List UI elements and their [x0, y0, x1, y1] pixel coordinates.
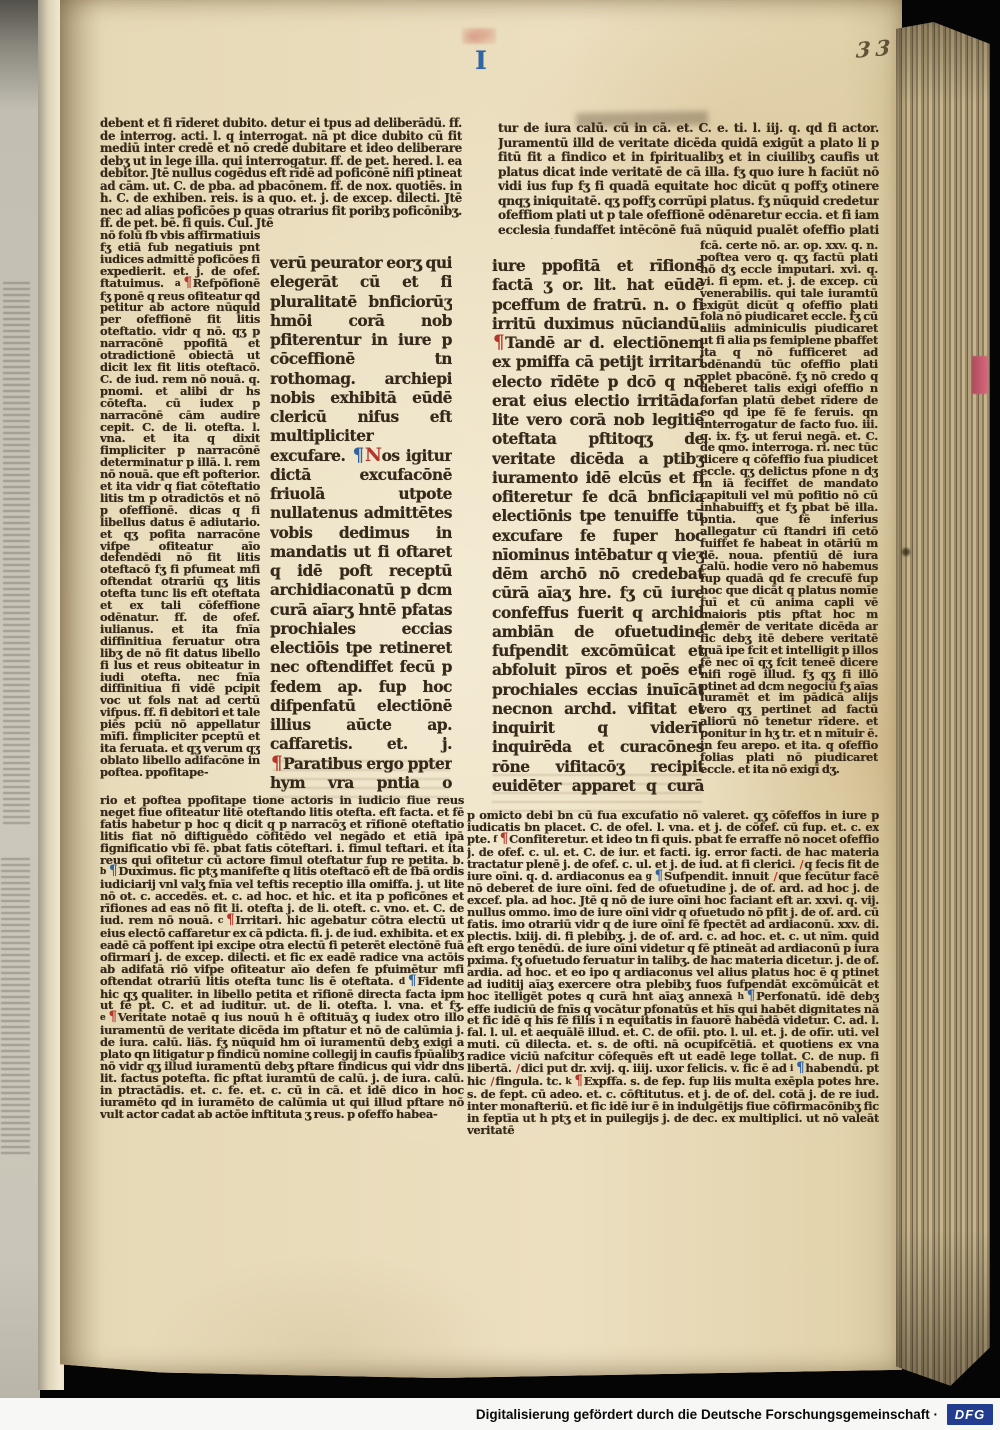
gothic-text: dici put dr. xvij. q. iiij. uxor felicis…: [521, 1061, 790, 1075]
gothic-text: Sufpendit. innuit: [664, 869, 772, 883]
red-ink-ghost-mark: [462, 28, 496, 44]
gloss-key-letter: g: [646, 872, 652, 882]
pilcrow-red: ¶: [492, 332, 505, 353]
dfg-logo: DFG: [947, 1404, 993, 1425]
gothic-text: tur de iura calū. cū in cā. et. C. e. ti…: [498, 121, 879, 239]
gothic-text: rio et poftea ppofitape tione actoris in…: [100, 795, 464, 867]
gloss-key-letter: c: [218, 916, 223, 926]
gothic-text: os igitur dictā excufacōnē friuolā utpot…: [270, 446, 452, 754]
text-block-bottom-left: rio et poftea ppofitape tione actoris in…: [100, 795, 464, 1129]
text-column-left: nō folū fb vbis affirmatiuis fʒ etiā fub…: [100, 230, 260, 808]
gothic-text: debent et fi rīderet dubito. detur ei tp…: [100, 117, 462, 230]
gothic-text: fcā. certe nō. ar. op. xxv. q. n. poftea…: [700, 240, 878, 776]
gloss-key-letter: i: [790, 1064, 793, 1074]
text-block-top-right: tur de iura calū. cū in cā. et. C. e. ti…: [498, 121, 879, 239]
scanned-book-viewer: { "page": { "folio_number": "33", "quire…: [0, 0, 1000, 1430]
facing-page-edge: [0, 0, 40, 1398]
gloss-key-letter: h: [738, 992, 744, 1002]
footer-credit-text: Digitalisierung gefördert durch die Deut…: [476, 1407, 938, 1422]
gloss-key-letter: b: [100, 867, 106, 877]
gloss-key-letter: a: [175, 279, 181, 289]
gloss-key-letter: d: [399, 977, 405, 987]
gothic-text: Veritate notaē q ius nouū h ē oftituāʒ q…: [100, 1010, 464, 1120]
gloss-key-letter: k: [565, 1077, 571, 1087]
pilcrow-red: ¶: [270, 753, 283, 774]
edge-stain: [902, 548, 910, 556]
main-text-column-1: verū peurator eorʒ qui elegerāt cū et fi…: [270, 253, 452, 793]
gothic-text: Refpōfionē fʒ ponē q reus ofiteatur qd p…: [100, 276, 260, 779]
text-block-bottom-right: p omicto debi bn cū fua excufatio nō val…: [467, 810, 879, 1142]
gloss-key-letter: e: [100, 1013, 105, 1023]
bookmark-tab: [972, 356, 988, 394]
facing-page-text-showthrough: [1, 858, 30, 1158]
digitization-footer: Digitalisierung gefördert durch die Deut…: [0, 1398, 1000, 1430]
gloss-key-letter: f: [493, 835, 497, 845]
gothic-text: verū peurator eorʒ qui elegerāt cū et fi…: [270, 253, 452, 465]
folio-number: 33: [855, 34, 895, 63]
gothic-text: fingula. tc.: [495, 1074, 565, 1088]
pilcrow-blue: ¶: [352, 445, 365, 466]
gothic-text: Tandē ar d. electiōnem ex pmiffa cā peti…: [492, 333, 704, 796]
rubricated-initial: N: [365, 444, 382, 466]
gothic-text: iure ppofitā et rīfionē factā ʒ or. lit.…: [492, 256, 704, 333]
fore-edge-page-stack: [896, 22, 990, 1394]
text-block-top-left: debent et fi rīderet dubito. detur ei tp…: [100, 117, 462, 231]
gothic-text: Paratibus ergo ppter hym vra pntia o fti…: [270, 754, 452, 794]
main-text-column-2: iure ppofitā et rīfionē factā ʒ or. lit.…: [492, 256, 704, 796]
quire-mark: I: [466, 46, 496, 75]
facing-page-text-showthrough: [3, 282, 30, 827]
gothic-text: que fecūtur facē nō deberet de iure oīni…: [467, 869, 879, 1003]
